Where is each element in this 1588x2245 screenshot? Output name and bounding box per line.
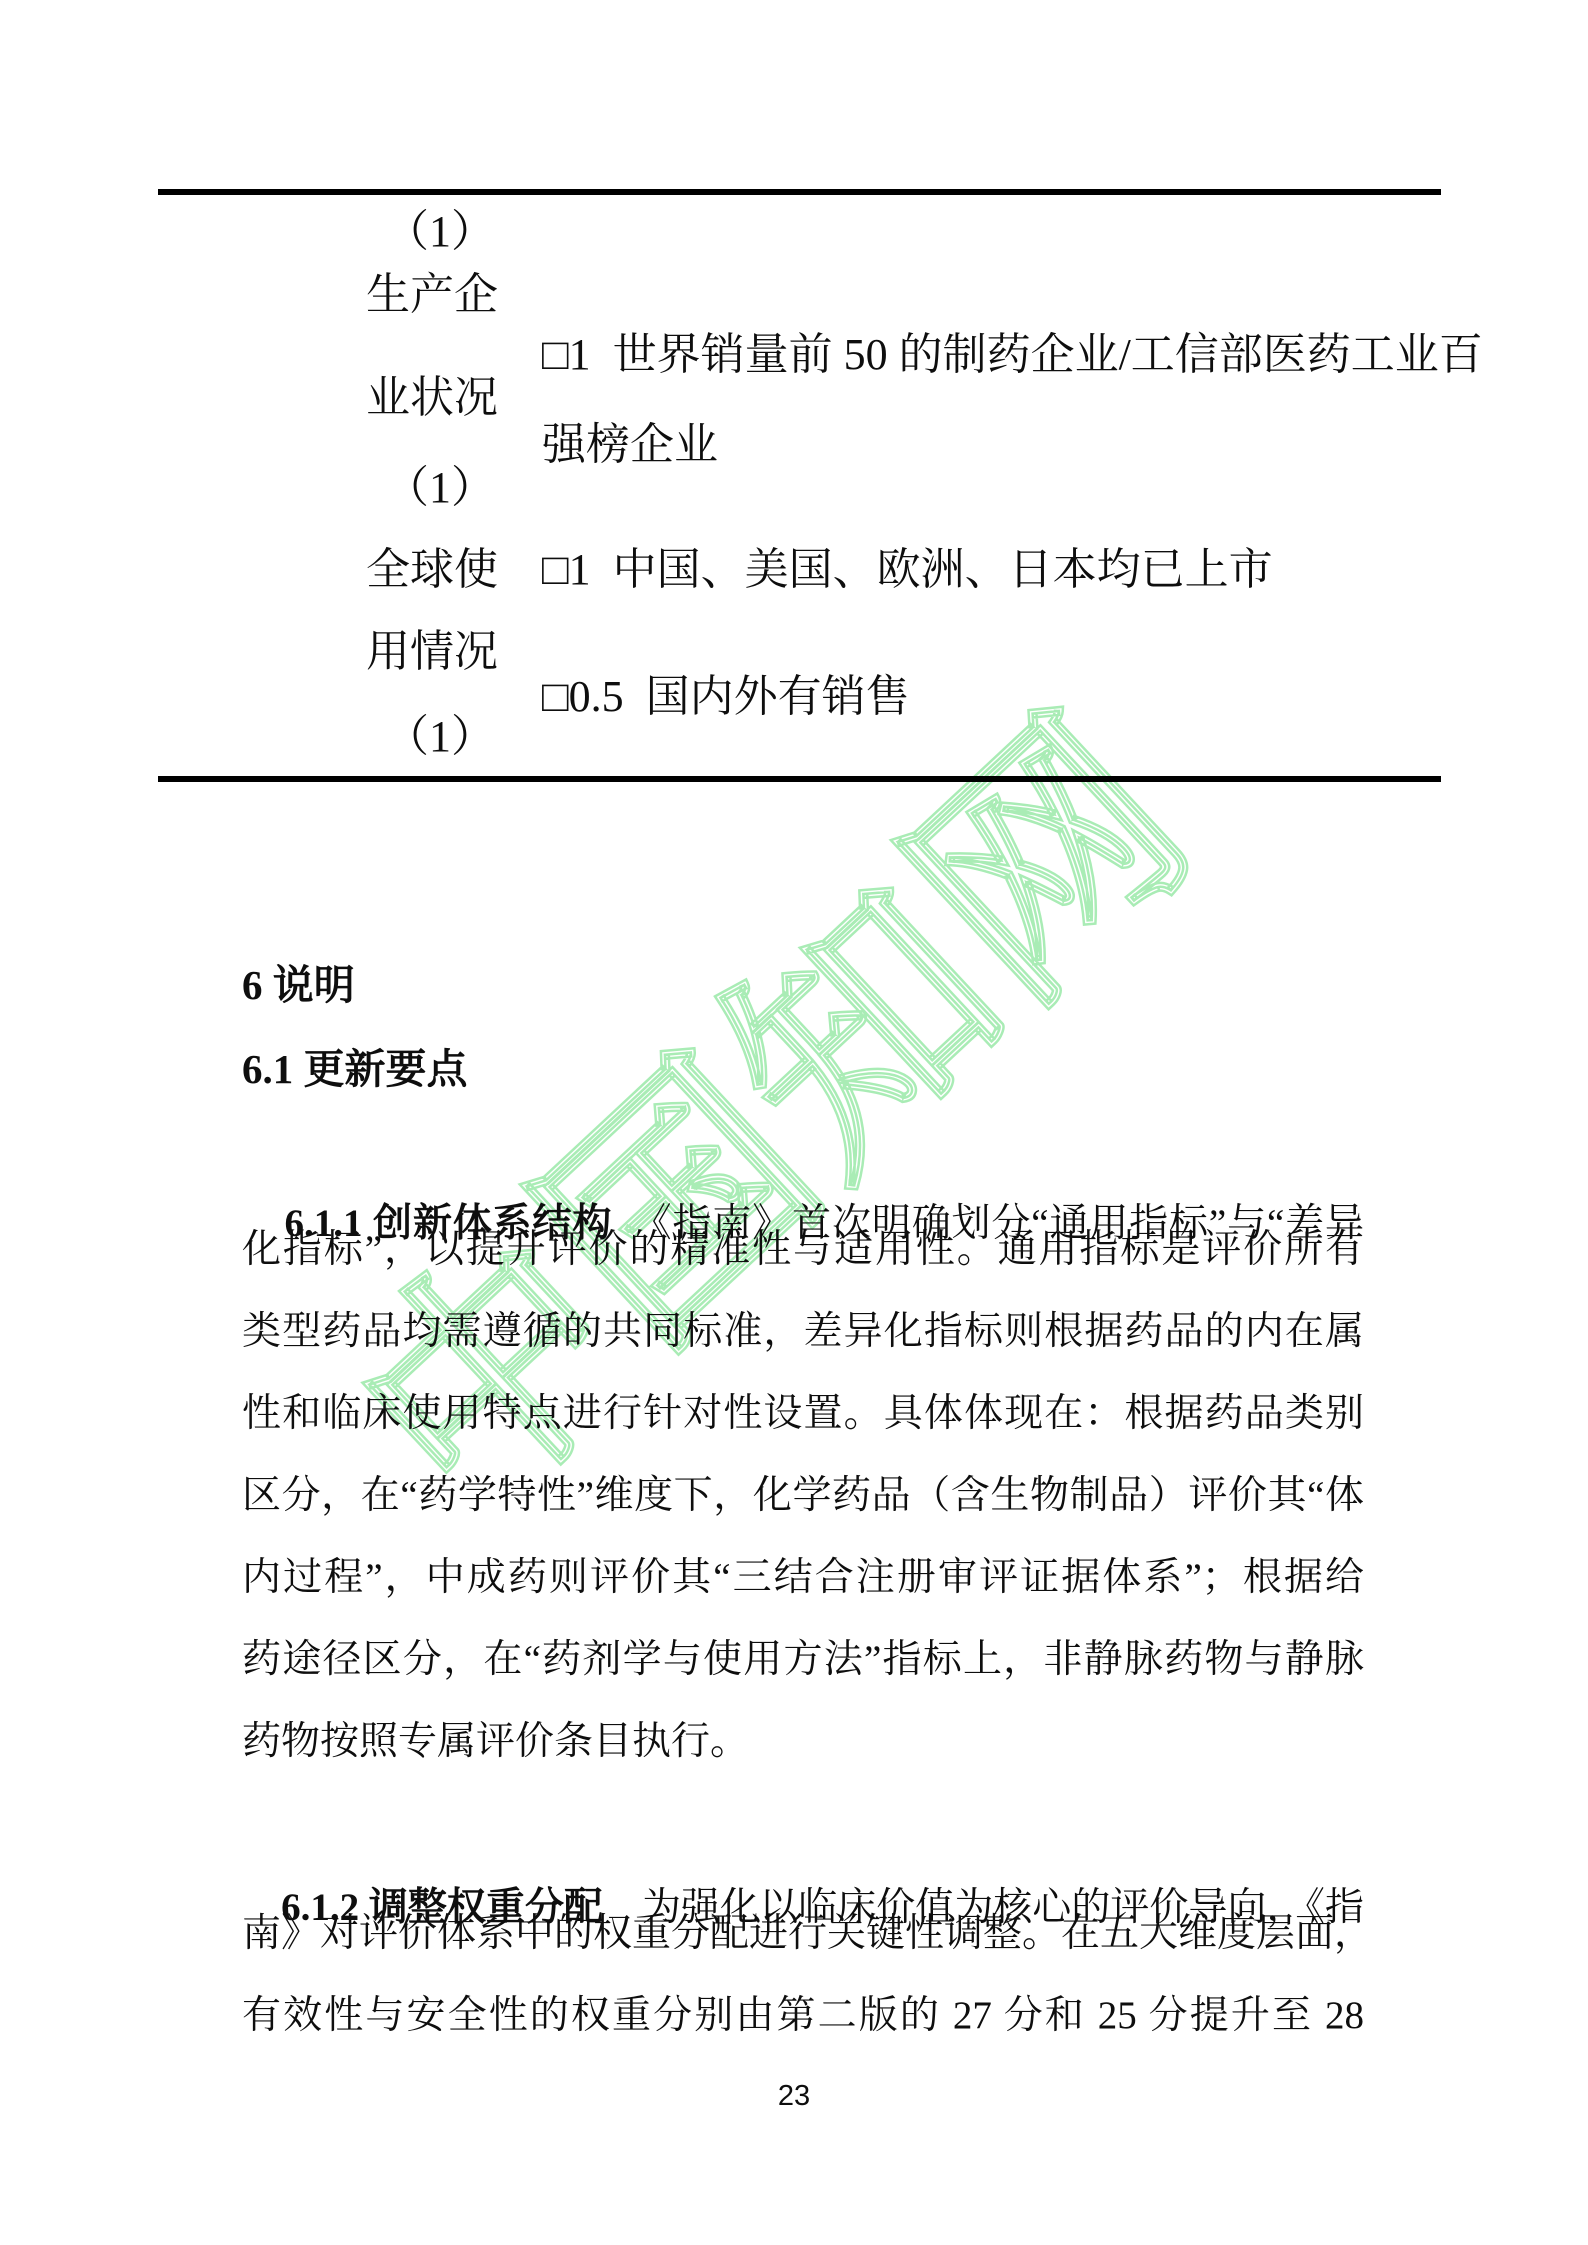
para-611-line5: 区分，在“药学特性”维度下，化学药品（含生物制品）评价其“体: [242, 1468, 1364, 1524]
table-row2-label-line1: 全球使: [366, 544, 498, 596]
section-heading-6-1: 6.1 更新要点: [242, 1041, 468, 1097]
table-row1-content-line1: □1 世界销量前 50 的制药企业/工信部医药工业百: [542, 329, 1483, 381]
table-row2-score: （1）: [385, 711, 495, 763]
table-row2-label-line2: 用情况: [366, 626, 498, 678]
section-heading-6: 6 说明: [242, 957, 355, 1013]
table-top-border: [158, 189, 1441, 195]
document-page: 中国知网 （1） 生产企 □1 世界销量前 50 的制药企业/工信部医药工业百 …: [0, 0, 1588, 2245]
para-611-line4: 性和临床使用特点进行针对性设置。具体体现在：根据药品类别: [242, 1386, 1364, 1442]
table-row1-score: （1）: [385, 462, 495, 514]
table-bottom-border: [158, 776, 1441, 782]
table-row1-label-line1: 生产企: [366, 269, 498, 321]
para-611-line8: 药物按照专属评价条目执行。: [242, 1714, 749, 1770]
table-row2-content-line1: □1 中国、美国、欧洲、日本均已上市: [542, 544, 1273, 596]
para-611-line2: 化指标”，以提升评价的精准性与适用性。通用指标是评价所有: [242, 1222, 1364, 1278]
para-612-line2: 南》对评价体系中的权重分配进行关键性调整。在五大维度层面，: [242, 1906, 1364, 1962]
table-row2-content-line2: □0.5 国内外有销售: [542, 671, 910, 723]
table-carryover-score: （1）: [385, 206, 495, 258]
table-row1-label-line2: 业状况: [366, 372, 498, 424]
para-611-line7: 药途径区分，在“药剂学与使用方法”指标上，非静脉药物与静脉: [242, 1632, 1364, 1688]
para-611-line6: 内过程”，中成药则评价其“三结合注册审评证据体系”；根据给: [242, 1550, 1364, 1606]
table-row1-content-line2: 强榜企业: [542, 419, 718, 471]
para-611-line3: 类型药品均需遵循的共同标准，差异化指标则根据药品的内在属: [242, 1304, 1364, 1360]
para-612-line3: 有效性与安全性的权重分别由第二版的 27 分和 25 分提升至 28: [242, 1988, 1364, 2044]
page-number: 23: [0, 2080, 1588, 2113]
